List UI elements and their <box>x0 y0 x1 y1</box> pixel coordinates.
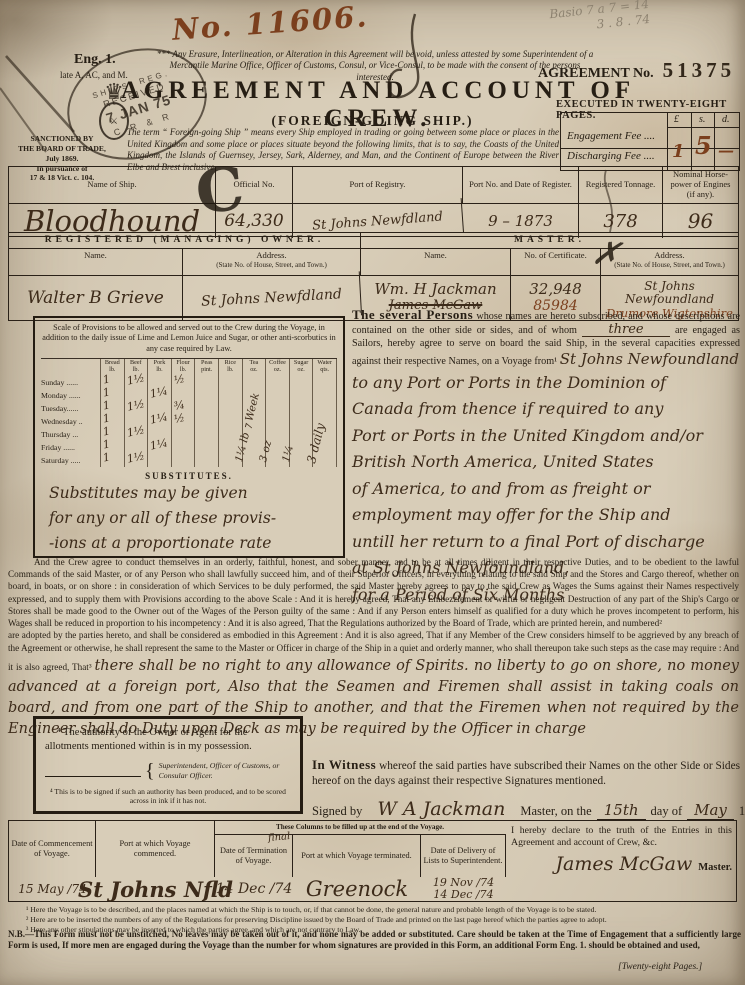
engagement-fee-label: Engagement Fee .... <box>567 130 655 142</box>
witness-lead: In Witness <box>312 757 376 772</box>
fee-pence-value: — <box>718 141 734 160</box>
fees-divider <box>714 113 715 170</box>
stipulation-line: there shall be no right to any allowance <box>94 658 396 674</box>
month-value: May <box>687 801 734 820</box>
cell <box>172 428 196 441</box>
day-label: Thursday ... <box>41 428 101 441</box>
cell: 1½ <box>125 376 149 389</box>
voyage-summary-table: These Columns to be filled up at the end… <box>8 820 737 902</box>
voyage-line: untill her return to a final Port of dis… <box>352 529 740 556</box>
header-termination-date: Date of Termination of Voyage. final <box>215 834 293 877</box>
cell: ½ <box>172 415 196 428</box>
col-pork: Porklb. <box>148 359 172 376</box>
header-port-terminated: Port at which Voyage terminated. <box>293 834 421 877</box>
header-port-of-registry: Port of Registry. <box>293 167 463 203</box>
port-commenced-value: St Johns Nfld <box>96 877 215 901</box>
cell <box>219 415 243 428</box>
crew-conduct-clause: And the Crew agree to conduct themselves… <box>8 556 739 629</box>
substitutes-note: Substitutes may be given for any or all … <box>41 481 337 556</box>
cell <box>195 428 219 441</box>
header-port-no-date: Port No. and Date of Register. <box>463 167 579 203</box>
pound-header: £ <box>674 114 679 125</box>
cell <box>266 376 290 389</box>
cell <box>313 376 337 389</box>
day-label: Sunday ...... <box>41 376 101 389</box>
cell <box>290 415 314 428</box>
cell <box>266 389 290 402</box>
substitutes-heading: SUBSTITUTES. <box>41 471 337 481</box>
substitutes-line: for any or all of these provis- <box>49 506 337 531</box>
col-tea: Teaoz. <box>243 359 267 376</box>
master-certificate-header: No. of Certificate. <box>511 249 601 275</box>
master-signature: W A Jackman <box>367 798 515 821</box>
day-label: Tuesday...... <box>41 402 101 415</box>
footnote-1: ¹ Here the Voyage is to be described, an… <box>26 905 732 915</box>
header-delivery-date: Date of Delivery of Lists to Superintend… <box>421 834 506 877</box>
cell <box>172 454 196 467</box>
owner-name-value: Walter B Grieve <box>9 276 183 320</box>
header-name-of-ship: Name of Ship. <box>9 167 216 203</box>
ink-cross-mark: ✗ <box>589 232 623 276</box>
cell: 1½ <box>125 428 149 441</box>
fee-shillings-value: 5 <box>695 131 712 160</box>
signed-line: Signed by W A Jackman Master, on the 15t… <box>312 798 742 821</box>
ship-table: Name of Ship. Official No. Port of Regis… <box>8 166 739 237</box>
authority-signature-line <box>45 764 141 777</box>
voyage-line: Canada from thence if required to any <box>352 396 740 423</box>
year-prefix: 18 <box>739 804 745 819</box>
voyage-table-band: These Columns to be filled up at the end… <box>215 821 505 835</box>
cell <box>266 415 290 428</box>
owner-address-header: Address. (State No. of House, Street, an… <box>183 249 361 275</box>
port-terminated-value: Greenock <box>293 877 421 901</box>
cell <box>313 402 337 415</box>
col-sugar: Sugaroz. <box>290 359 314 376</box>
master-address-header: Address. (State No. of House, Street, an… <box>601 249 738 275</box>
cell <box>195 454 219 467</box>
shillings-header: s. <box>699 114 705 125</box>
final-annotation: final <box>267 831 290 845</box>
discharging-fee-label: Discharging Fee .... <box>567 150 655 162</box>
delivery-date-value: 19 Nov /74 14 Dec /74 <box>421 877 506 901</box>
declaration-text: I hereby declare to the truth of the Ent… <box>511 825 732 849</box>
persons-lead: The several Persons <box>352 307 473 322</box>
fees-divider <box>667 113 668 170</box>
witness-clause: In Witness whereof the said parties have… <box>312 757 740 789</box>
voyage-line: British North America, United States <box>352 449 740 476</box>
voyage-line: of America, to and from as freight or <box>352 476 740 503</box>
engaged-count-blank: three <box>582 324 670 337</box>
agreement-document: No. 11606. Basio 7 a 7 = 14 3 . 8 . 74 E… <box>0 0 745 985</box>
substitutes-line: -ions at a proportionate rate <box>49 531 337 556</box>
header-commencement-date: Date of Commencement of Voyage. <box>9 821 96 877</box>
substitutes-line: Substitutes may be given <box>49 481 337 506</box>
cell <box>290 389 314 402</box>
master-on-the-label: Master, on the <box>520 804 591 819</box>
cell: 1 <box>101 454 125 467</box>
cell: 1¼ <box>148 389 172 402</box>
fee-pound-value: 1 <box>672 141 685 162</box>
master-certificate-1: 32,948 <box>511 280 600 298</box>
pence-header: d. <box>722 114 730 125</box>
pages-note: [Twenty-eight Pages.] <box>618 962 702 972</box>
fees-divider <box>691 113 692 170</box>
provisions-box: Scale of Provisions to be allowed and se… <box>33 316 345 558</box>
provisions-corner <box>41 359 101 376</box>
day-label: Wednesday .. <box>41 415 101 428</box>
day-label: Friday ...... <box>41 441 101 454</box>
owner-address-header-line1: Address. <box>256 250 286 260</box>
master-name-1: Wm. H Jackman <box>361 280 510 298</box>
cell <box>243 376 267 389</box>
master-name-header: Name. <box>361 249 511 275</box>
day-of-label: day of <box>651 804 683 819</box>
owner-address-header-line2: (State No. of House, Street, and Town.) <box>183 261 360 269</box>
cell <box>266 402 290 415</box>
master-address-header-line1: Address. <box>654 250 684 260</box>
fees-box: £ s. d. Engagement Fee .... Discharging … <box>560 112 740 171</box>
signed-by-label: Signed by <box>312 804 362 819</box>
col-peas: Peaspint. <box>195 359 219 376</box>
owner-master-band: REGISTERED (MANAGING) OWNER. MASTER. <box>9 233 738 249</box>
day-label: Saturday ..... <box>41 454 101 467</box>
header-horse-power: Nominal Horse-power of Engines (if any). <box>663 167 738 203</box>
footnote-2: ² Here are to be inserted the numbers of… <box>26 915 732 925</box>
cell <box>195 376 219 389</box>
ship-table-header: Name of Ship. Official No. Port of Regis… <box>9 167 738 204</box>
cell <box>266 428 290 441</box>
header-port-commenced: Port at which Voyage commenced. <box>96 821 215 877</box>
cell: 1½ <box>125 402 149 415</box>
declaration-cell: I hereby declare to the truth of the Ent… <box>506 821 737 901</box>
day-value: 15th <box>597 801 646 820</box>
termination-header-text: Date of Termination of Voyage. <box>217 846 290 866</box>
cell: 1¼ <box>148 441 172 454</box>
brace-glyph: { <box>145 762 155 780</box>
provisions-heading: Scale of Provisions to be allowed and se… <box>41 323 337 354</box>
master-address-header-line2: (State No. of House, Street, and Town.) <box>601 261 738 269</box>
delivery-date-2: 14 Dec /74 <box>433 889 493 901</box>
authority-text: ⁴ The authority of the Owner or Agent fo… <box>45 726 291 753</box>
cell: 1¼ <box>148 415 172 428</box>
cell <box>172 441 196 454</box>
declaration-master-label: Master. <box>698 862 732 873</box>
cell <box>219 389 243 402</box>
cell <box>195 402 219 415</box>
cell: 1½ <box>125 454 149 467</box>
persons-paragraph: The several Persons whose names are here… <box>352 307 740 370</box>
cell <box>195 415 219 428</box>
declaration-signature: James McGaw <box>555 853 692 875</box>
day-label: Monday ...... <box>41 389 101 402</box>
owner-band-label: REGISTERED (MANAGING) OWNER. <box>9 233 361 248</box>
voyage-line: to any Port or Ports in the Dominion of <box>352 370 740 397</box>
cell <box>219 402 243 415</box>
authority-official-title: Superintendent, Officer of Customs, or C… <box>159 761 291 780</box>
owner-master-subheader: Name. Address. (State No. of House, Stre… <box>9 249 738 276</box>
agreement-number-value: 51375 <box>663 58 736 83</box>
cell <box>195 389 219 402</box>
master-address-1: St Johns Newfoundland <box>601 280 738 306</box>
col-water: Waterqts. <box>313 359 337 376</box>
authority-box: ⁴ The authority of the Owner or Agent fo… <box>33 716 303 814</box>
pencil-notes: Basio 7 a 7 = 14 3 . 8 . 74 <box>549 0 652 37</box>
stipulation-line: one part of the Ship to another, and tha… <box>135 700 739 716</box>
cell <box>219 376 243 389</box>
document-number-handwritten: No. 11606. <box>171 0 369 47</box>
voyage-from-value: St Johns Newfoundland <box>560 350 739 368</box>
master-band-label: MASTER. <box>361 233 738 248</box>
termination-date-value: 14 Dec /74 <box>215 877 293 901</box>
cell <box>290 376 314 389</box>
declaration-signature-row: James McGaw Master. <box>511 853 732 875</box>
fees-rule <box>667 127 739 128</box>
cell <box>290 402 314 415</box>
witness-text: whereof the said parties have subscribed… <box>312 760 740 787</box>
cell <box>148 454 172 467</box>
cell <box>195 441 219 454</box>
col-coffee: Coffeeoz. <box>266 359 290 376</box>
cell <box>313 389 337 402</box>
authority-footnote: ⁴ This is to be signed if such an author… <box>45 787 291 806</box>
authority-signature-row: { Superintendent, Officer of Customs, or… <box>45 761 291 780</box>
cell: ½ <box>172 376 196 389</box>
voyage-line: employment may offer for the Ship and <box>352 502 740 529</box>
letter-c-stamp: C <box>192 154 247 229</box>
fees-rule <box>561 148 739 149</box>
header-registered-tonnage: Registered Tonnage. <box>579 167 663 203</box>
col-rice: Ricelb. <box>219 359 243 376</box>
owner-name-header: Name. <box>9 249 183 275</box>
nota-bene: N.B.—This Form must not be unstitched, N… <box>8 929 741 952</box>
voyage-line: Port or Ports in the United Kingdom and/… <box>352 423 740 450</box>
